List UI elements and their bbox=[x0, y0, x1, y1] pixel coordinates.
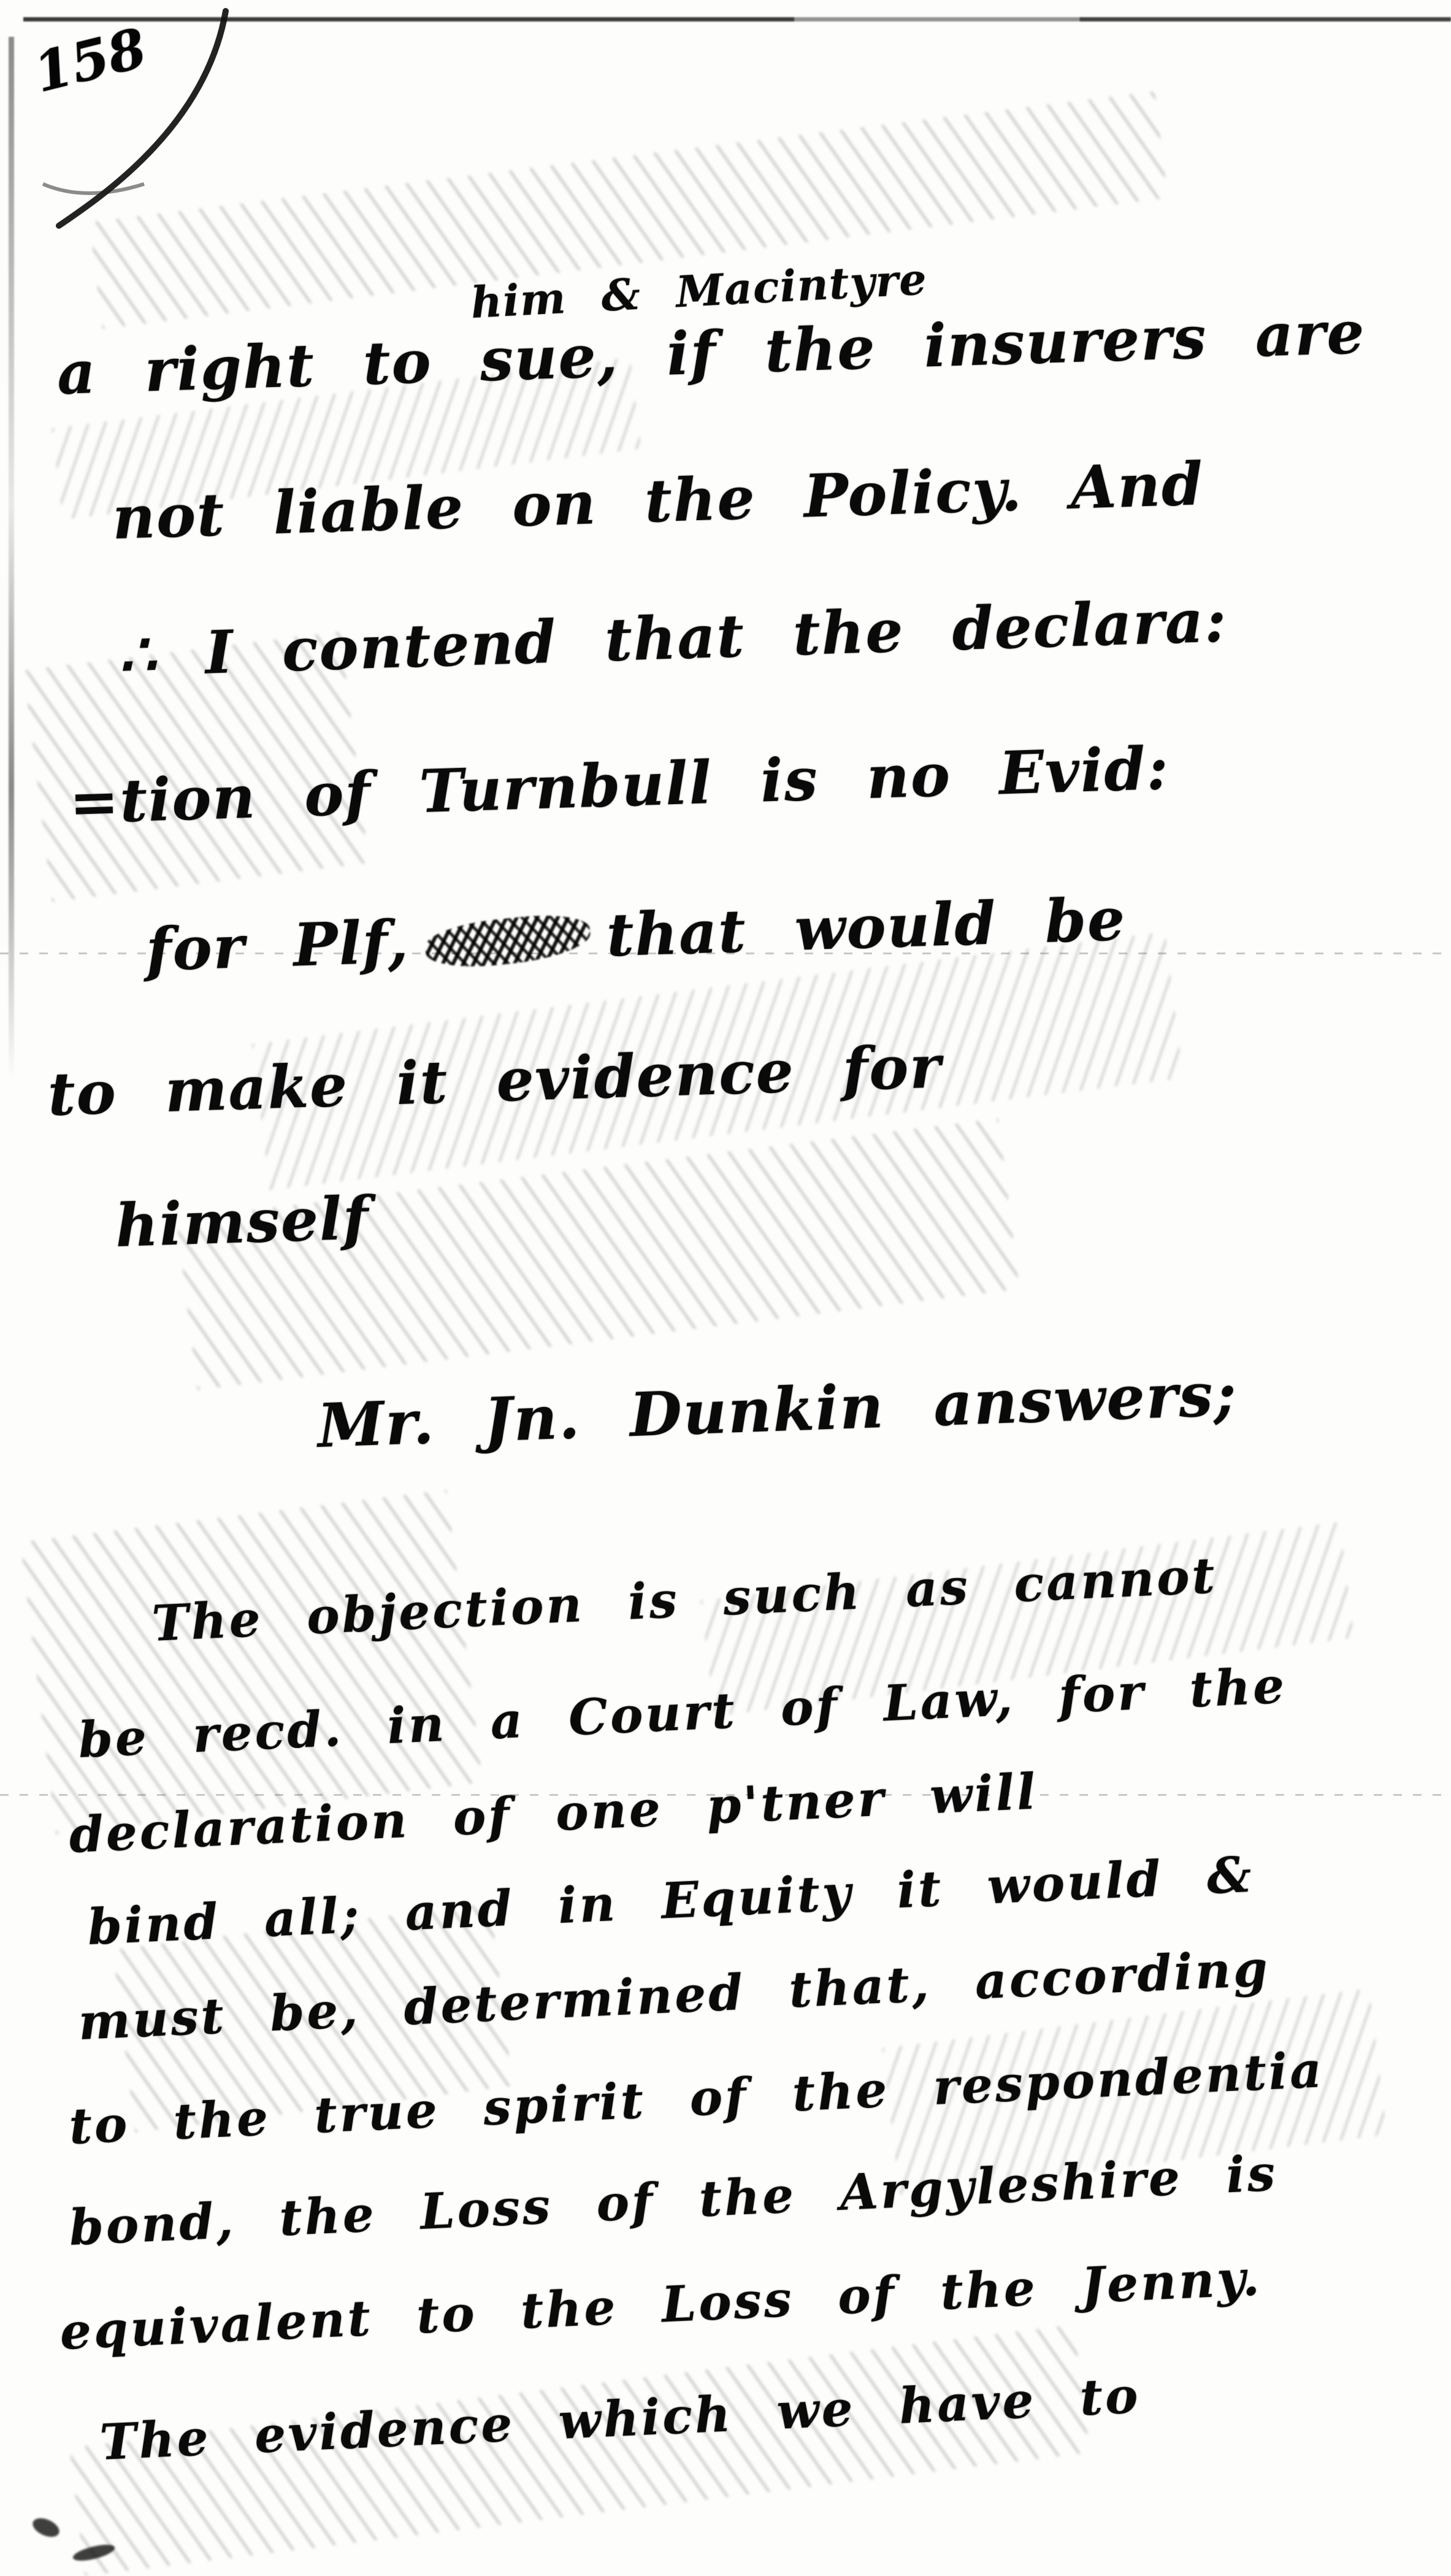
scribbled-out-word bbox=[423, 910, 592, 972]
manuscript-page: { "page": { "number": "158" }, "manuscri… bbox=[0, 0, 1451, 2576]
manuscript-line: ∴ I contend that the declara: bbox=[117, 586, 1228, 690]
ink-blot bbox=[30, 2515, 63, 2540]
manuscript-line: equivalent to the Loss of the Jenny. bbox=[59, 2248, 1263, 2361]
bleed-through-mark bbox=[20, 1490, 482, 1834]
manuscript-line-text: for Plf, bbox=[145, 907, 410, 984]
speaker-heading: Mr. Jn. Dunkin answers; bbox=[316, 1359, 1238, 1462]
manuscript-line: bond, the Loss of the Argyleshire is bbox=[68, 2144, 1279, 2256]
manuscript-line: bind all; and in Equity it would & bbox=[86, 1846, 1255, 1956]
manuscript-line: himself bbox=[114, 1183, 370, 1260]
